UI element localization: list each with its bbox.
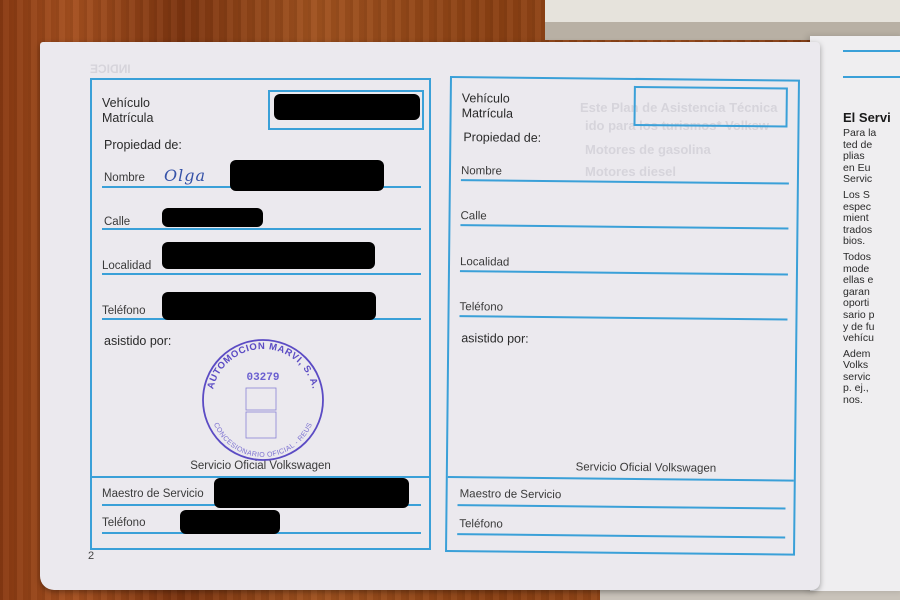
stamp-ring — [203, 340, 323, 460]
redacted-plate — [274, 94, 420, 120]
owner-heading: Propiedad de: — [104, 138, 182, 152]
master-label: Maestro de Servicio — [460, 488, 562, 501]
phone-label: Teléfono — [460, 301, 504, 313]
right-page: El Servi Para lated depliasen EuServicLo… — [810, 36, 900, 591]
vehicle-label: Vehículo — [462, 91, 510, 106]
right-page-paragraph: AdemVolksservicp. ej.,nos. — [843, 349, 900, 407]
master-label: Maestro de Servicio — [102, 488, 204, 500]
street-field-line[interactable] — [460, 224, 788, 229]
redacted-phone — [162, 292, 376, 320]
right-page-paragraph: Los Sespecmienttradosbios. — [843, 190, 900, 248]
left-ownership-card: Vehículo Matrícula Propiedad de: Nombre … — [90, 78, 431, 550]
ghost-index-heading: INDICE — [90, 62, 131, 76]
service-divider — [448, 476, 794, 482]
plate-label: Matrícula — [102, 111, 153, 125]
service-phone-label: Teléfono — [102, 517, 145, 529]
right-page-rule — [843, 76, 900, 78]
redacted-street — [162, 208, 263, 227]
svg-text:CONCESIONARIO OFICIAL - REUS: CONCESIONARIO OFICIAL - REUS — [212, 422, 314, 459]
street-field-line[interactable] — [102, 228, 421, 230]
city-label: Localidad — [460, 256, 509, 269]
assisted-label: asistido por: — [104, 334, 171, 348]
plate-field[interactable] — [633, 86, 787, 128]
service-title: Servicio Oficial Volkswagen — [448, 460, 794, 476]
phone-field-line[interactable] — [459, 315, 787, 320]
right-ownership-card: Vehículo Matrícula Propiedad de: Nombre … — [445, 76, 800, 556]
owner-heading: Propiedad de: — [463, 130, 541, 145]
city-field-line[interactable] — [460, 270, 788, 275]
dealer-stamp: AUTOMOCION MARVI, S. A. CONCESIONARIO OF… — [196, 338, 330, 462]
right-page-body: Para lated depliasen EuServicLos Sespecm… — [843, 128, 900, 411]
service-phone-label: Teléfono — [459, 518, 503, 530]
name-field-line[interactable] — [461, 179, 789, 184]
street-label: Calle — [104, 216, 130, 228]
page-number: 2 — [88, 550, 94, 562]
svg-text:03279: 03279 — [246, 372, 279, 384]
right-page-paragraph: Todosmodeellas egaranoportisario py de f… — [843, 252, 900, 345]
city-label: Localidad — [102, 260, 151, 272]
assisted-label: asistido por: — [461, 331, 529, 346]
redacted-master — [214, 478, 409, 508]
redacted-city — [162, 242, 375, 269]
master-field-line[interactable] — [457, 504, 785, 509]
right-page-paragraph: Para lated depliasen EuServic — [843, 128, 900, 186]
name-handwritten: Olga — [164, 166, 206, 185]
redacted-service-phone — [180, 510, 280, 534]
redacted-name — [230, 160, 384, 191]
phone-label: Teléfono — [102, 305, 145, 317]
service-phone-field-line[interactable] — [457, 533, 785, 538]
name-label: Nombre — [461, 165, 502, 177]
right-page-rule — [843, 50, 900, 52]
city-field-line[interactable] — [102, 273, 421, 275]
street-label: Calle — [460, 210, 486, 222]
right-page-title: El Servi — [843, 110, 891, 125]
vehicle-label: Vehículo — [102, 96, 150, 110]
plate-label: Matrícula — [462, 106, 514, 121]
name-label: Nombre — [104, 172, 145, 184]
